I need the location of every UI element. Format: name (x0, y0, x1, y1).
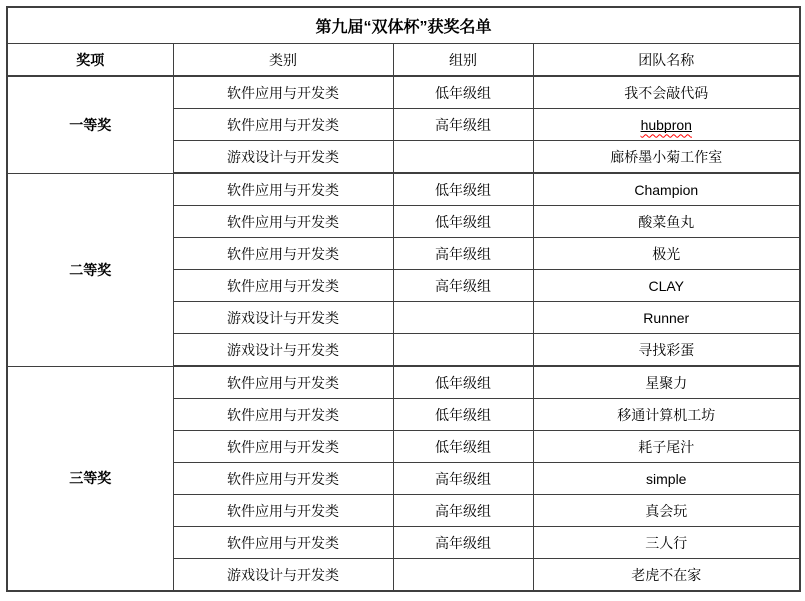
team-cell: 酸菜鱼丸 (533, 206, 800, 238)
underlined-text: hubpron (641, 117, 692, 133)
team-cell: CLAY (533, 270, 800, 302)
category-cell: 软件应用与开发类 (173, 238, 393, 270)
team-cell: Champion (533, 173, 800, 206)
team-cell: simple (533, 463, 800, 495)
team-cell: Runner (533, 302, 800, 334)
team-cell: 寻找彩蛋 (533, 334, 800, 367)
group-cell: 高年级组 (393, 109, 533, 141)
award-cell: 二等奖 (7, 173, 173, 366)
team-cell: 星聚力 (533, 366, 800, 399)
table-title: 第九届“双体杯”获奖名单 (7, 7, 800, 44)
category-cell: 游戏设计与开发类 (173, 559, 393, 592)
category-cell: 软件应用与开发类 (173, 399, 393, 431)
category-cell: 软件应用与开发类 (173, 527, 393, 559)
team-cell: 老虎不在家 (533, 559, 800, 592)
award-table: 第九届“双体杯”获奖名单 奖项 类别 组别 团队名称 一等奖 软件应用与开发类 … (6, 6, 801, 592)
category-cell: 游戏设计与开发类 (173, 334, 393, 367)
team-cell: 真会玩 (533, 495, 800, 527)
team-cell: 我不会敲代码 (533, 76, 800, 109)
group-cell: 高年级组 (393, 463, 533, 495)
category-cell: 软件应用与开发类 (173, 366, 393, 399)
team-cell: 三人行 (533, 527, 800, 559)
group-cell (393, 559, 533, 592)
group-cell (393, 334, 533, 367)
table-row: 第九届“双体杯”获奖名单 (7, 7, 800, 44)
category-cell: 游戏设计与开发类 (173, 141, 393, 174)
group-cell: 低年级组 (393, 76, 533, 109)
award-cell: 三等奖 (7, 366, 173, 591)
table-header-row: 奖项 类别 组别 团队名称 (7, 44, 800, 77)
category-cell: 软件应用与开发类 (173, 109, 393, 141)
column-header-category: 类别 (173, 44, 393, 77)
category-cell: 软件应用与开发类 (173, 431, 393, 463)
team-cell: 廊桥墨小菊工作室 (533, 141, 800, 174)
category-cell: 软件应用与开发类 (173, 463, 393, 495)
group-cell: 低年级组 (393, 173, 533, 206)
team-cell: 耗子尾汁 (533, 431, 800, 463)
group-cell: 高年级组 (393, 527, 533, 559)
column-header-team: 团队名称 (533, 44, 800, 77)
group-cell: 低年级组 (393, 206, 533, 238)
category-cell: 游戏设计与开发类 (173, 302, 393, 334)
group-cell: 低年级组 (393, 399, 533, 431)
team-cell: 极光 (533, 238, 800, 270)
table-row: 一等奖 软件应用与开发类 低年级组 我不会敲代码 (7, 76, 800, 109)
group-cell (393, 302, 533, 334)
category-cell: 软件应用与开发类 (173, 495, 393, 527)
spellcheck-underline: hubpron (641, 117, 692, 133)
team-cell: 移通计算机工坊 (533, 399, 800, 431)
category-cell: 软件应用与开发类 (173, 206, 393, 238)
category-cell: 软件应用与开发类 (173, 270, 393, 302)
award-cell: 一等奖 (7, 76, 173, 173)
group-cell (393, 141, 533, 174)
category-cell: 软件应用与开发类 (173, 173, 393, 206)
group-cell: 低年级组 (393, 366, 533, 399)
group-cell: 高年级组 (393, 270, 533, 302)
team-cell: hubpron (533, 109, 800, 141)
group-cell: 高年级组 (393, 495, 533, 527)
group-cell: 高年级组 (393, 238, 533, 270)
group-cell: 低年级组 (393, 431, 533, 463)
column-header-award: 奖项 (7, 44, 173, 77)
table-row: 三等奖 软件应用与开发类 低年级组 星聚力 (7, 366, 800, 399)
table-row: 二等奖 软件应用与开发类 低年级组 Champion (7, 173, 800, 206)
column-header-group: 组别 (393, 44, 533, 77)
category-cell: 软件应用与开发类 (173, 76, 393, 109)
